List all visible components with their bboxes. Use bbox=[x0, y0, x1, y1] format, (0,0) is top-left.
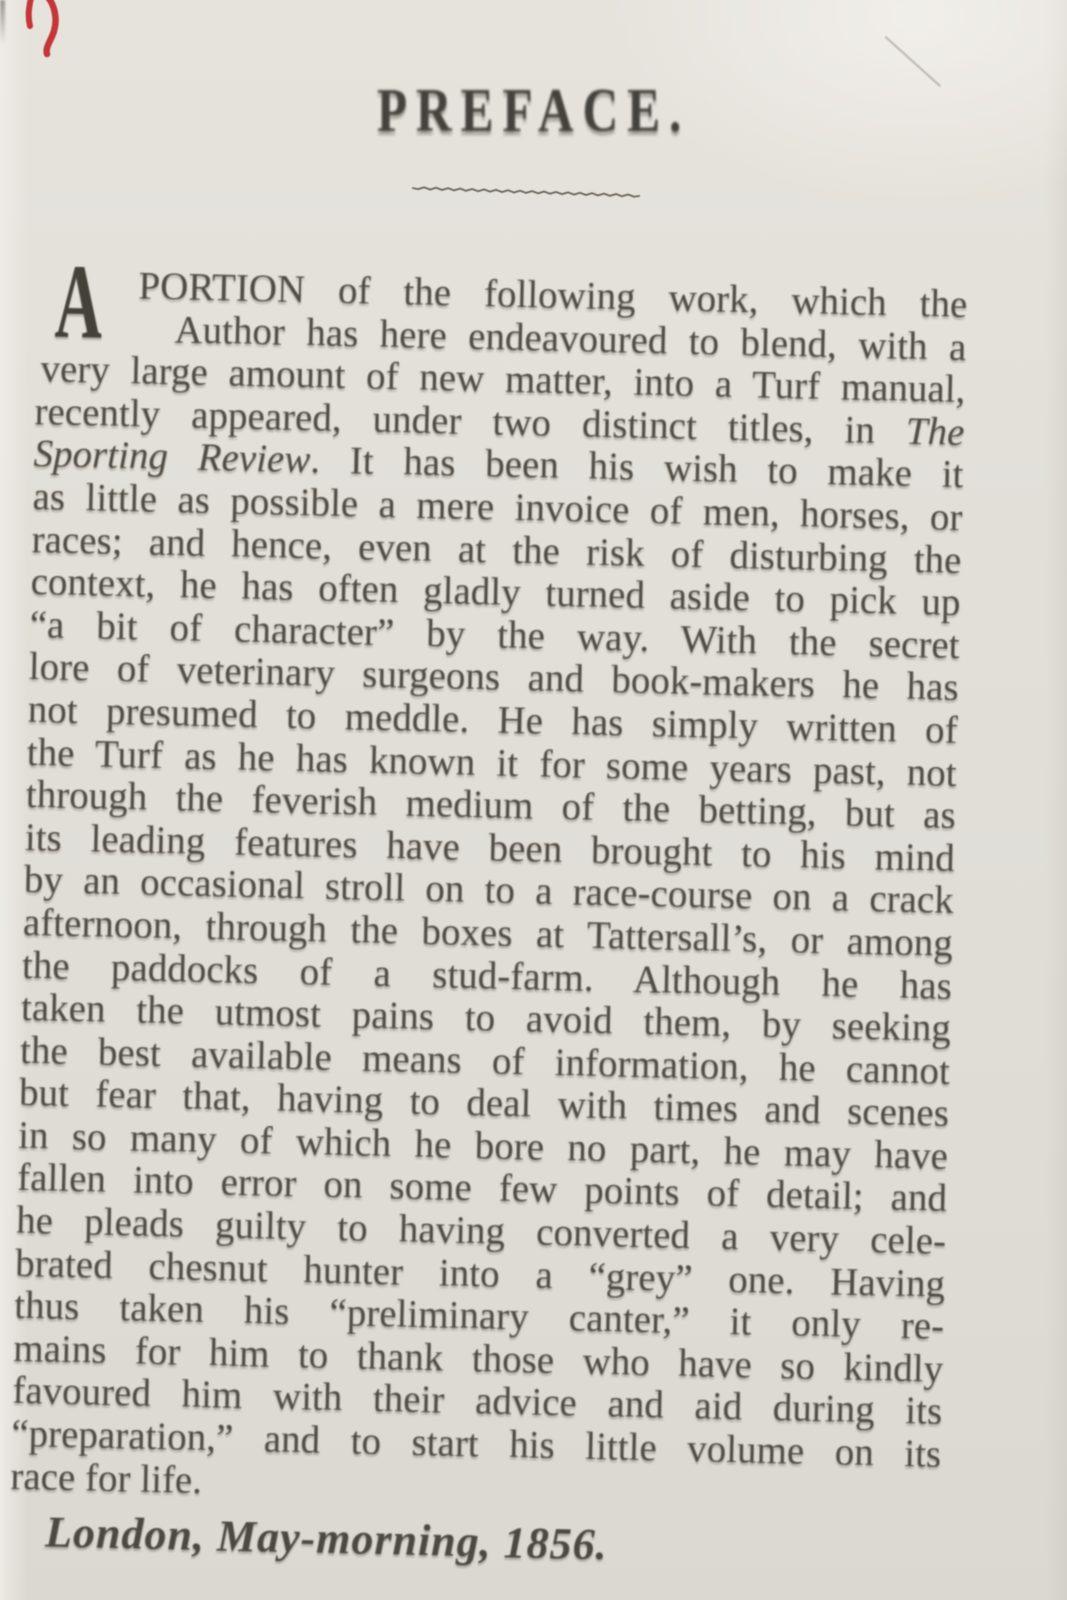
scanned-book-page: PREFACE. A PORTION of the following work… bbox=[0, 0, 1067, 1600]
page-title: PREFACE. bbox=[107, 76, 961, 147]
page-edge-shadow bbox=[0, 0, 5, 44]
signature-line: London, May-morning, 1856. bbox=[9, 1511, 940, 1575]
drop-cap: A bbox=[54, 259, 103, 344]
red-pen-mark bbox=[16, 0, 78, 64]
preface-paragraph-lines: PORTION of the following work, which the… bbox=[10, 263, 968, 1519]
preface-paragraph: A PORTION of the following work, which t… bbox=[9, 263, 968, 1575]
decorative-rule bbox=[411, 184, 645, 202]
